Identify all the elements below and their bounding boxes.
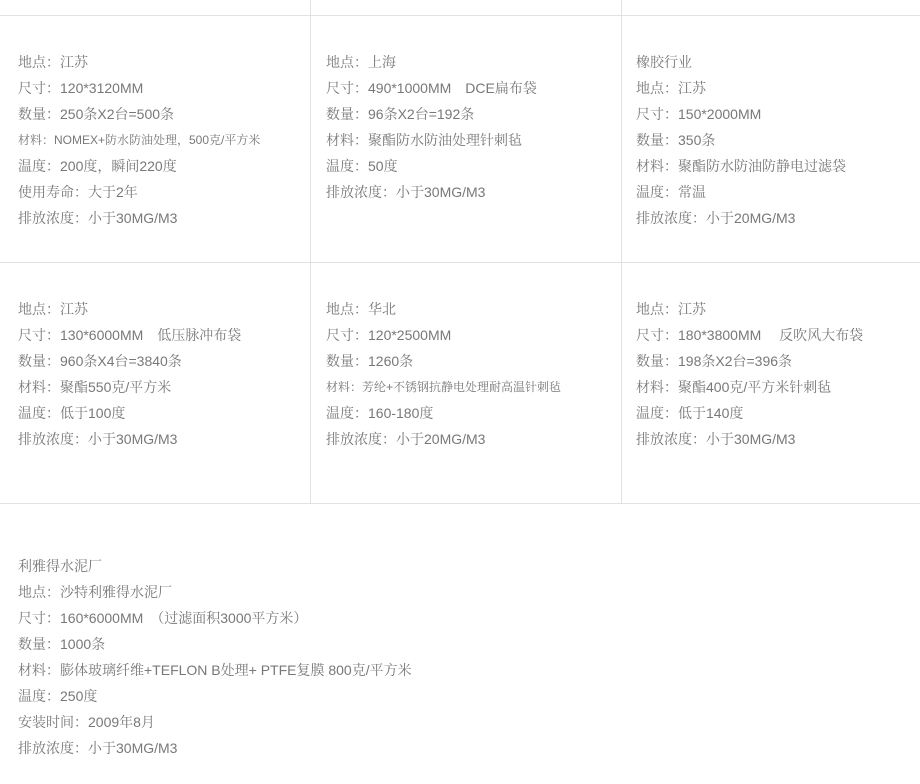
- temperature-line: 温度：低于140度: [636, 400, 914, 426]
- material-line: 材料：聚酯400克/平方米针刺毡: [636, 374, 914, 400]
- size-line: 尺寸：160*6000MM （过滤面积3000平方米）: [18, 605, 920, 631]
- install-time-line: 安装时间：2009年8月: [18, 709, 920, 735]
- case-card-jiangsu-pulse: 地点：江苏 尺寸：130*6000MM 低压脉冲布袋 数量：960条X4台=38…: [0, 263, 311, 503]
- material-line: 材料：芳纶+不锈钢抗静电处理耐高温针刺毡: [326, 374, 615, 400]
- emission-line: 排放浓度：小于30MG/M3: [636, 426, 914, 452]
- location-line: 地点：沙特利雅得水泥厂: [18, 579, 920, 605]
- size-line: 尺寸：130*6000MM 低压脉冲布袋: [18, 322, 304, 348]
- cases-page: 地点：江苏 尺寸：120*3120MM 数量：250条X2台=500条 材料：N…: [0, 0, 920, 784]
- previous-row-remnant: [0, 0, 920, 16]
- temperature-line: 温度：低于100度: [18, 400, 304, 426]
- material-line: 材料：膨体玻璃纤维+TEFLON B处理+ PTFE复膜 800克/平方米: [18, 657, 920, 683]
- case-card-huabei-aramid: 地点：华北 尺寸：120*2500MM 数量：1260条 材料：芳纶+不锈钢抗静…: [311, 263, 622, 503]
- location-line: 地点：江苏: [18, 296, 304, 322]
- grid-cell: [622, 0, 920, 15]
- grid-cell: [0, 0, 311, 15]
- size-line: 尺寸：120*2500MM: [326, 322, 615, 348]
- location-line: 地点：江苏: [636, 296, 914, 322]
- size-line: 尺寸：150*2000MM: [636, 101, 914, 127]
- emission-line: 排放浓度：小于30MG/M3: [18, 205, 304, 231]
- case-card-jiangsu-reverse-air: 地点：江苏 尺寸：180*3800MM 反吹风大布袋 数量：198条X2台=39…: [622, 263, 920, 503]
- emission-line: 排放浓度：小于20MG/M3: [636, 205, 914, 231]
- quantity-line: 数量：198条X2台=396条: [636, 348, 914, 374]
- temperature-line: 温度：50度: [326, 153, 615, 179]
- emission-line: 排放浓度：小于30MG/M3: [18, 735, 920, 761]
- quantity-line: 数量：1000条: [18, 631, 920, 657]
- material-line: 材料：NOMEX+防水防油处理，500克/平方米: [18, 127, 304, 153]
- case-row-1: 地点：江苏 尺寸：120*3120MM 数量：250条X2台=500条 材料：N…: [0, 16, 920, 263]
- lifetime-line: 使用寿命：大于2年: [18, 179, 304, 205]
- case-card-jiangsu-nomex: 地点：江苏 尺寸：120*3120MM 数量：250条X2台=500条 材料：N…: [0, 16, 311, 262]
- temperature-line: 温度：160-180度: [326, 400, 615, 426]
- quantity-line: 数量：250条X2台=500条: [18, 101, 304, 127]
- size-line: 尺寸：490*1000MM DCE扁布袋: [326, 75, 615, 101]
- featured-case-riyadh-cement: 利雅得水泥厂 地点：沙特利雅得水泥厂 尺寸：160*6000MM （过滤面积30…: [0, 504, 920, 784]
- temperature-line: 温度：200度，瞬间220度: [18, 153, 304, 179]
- grid-cell: [311, 0, 622, 15]
- size-line: 尺寸：180*3800MM 反吹风大布袋: [636, 322, 914, 348]
- temperature-line: 温度：常温: [636, 179, 914, 205]
- case-card-shanghai-dce: 地点：上海 尺寸：490*1000MM DCE扁布袋 数量：96条X2台=192…: [311, 16, 622, 262]
- location-line: 地点：上海: [326, 49, 615, 75]
- quantity-line: 数量：1260条: [326, 348, 615, 374]
- case-row-2: 地点：江苏 尺寸：130*6000MM 低压脉冲布袋 数量：960条X4台=38…: [0, 263, 920, 504]
- temperature-line: 温度：250度: [18, 683, 920, 709]
- case-card-rubber-industry: 橡胶行业 地点：江苏 尺寸：150*2000MM 数量：350条 材料：聚酯防水…: [622, 16, 920, 262]
- plant-title: 利雅得水泥厂: [18, 553, 920, 579]
- quantity-line: 数量：350条: [636, 127, 914, 153]
- emission-line: 排放浓度：小于30MG/M3: [326, 179, 615, 205]
- material-line: 材料：聚酯防水防油防静电过滤袋: [636, 153, 914, 179]
- quantity-line: 数量：960条X4台=3840条: [18, 348, 304, 374]
- location-line: 地点：华北: [326, 296, 615, 322]
- material-line: 材料：聚酯防水防油处理针刺毡: [326, 127, 615, 153]
- industry-title: 橡胶行业: [636, 49, 914, 75]
- location-line: 地点：江苏: [18, 49, 304, 75]
- emission-line: 排放浓度：小于20MG/M3: [326, 426, 615, 452]
- quantity-line: 数量：96条X2台=192条: [326, 101, 615, 127]
- location-line: 地点：江苏: [636, 75, 914, 101]
- material-line: 材料：聚酯550克/平方米: [18, 374, 304, 400]
- emission-line: 排放浓度：小于30MG/M3: [18, 426, 304, 452]
- size-line: 尺寸：120*3120MM: [18, 75, 304, 101]
